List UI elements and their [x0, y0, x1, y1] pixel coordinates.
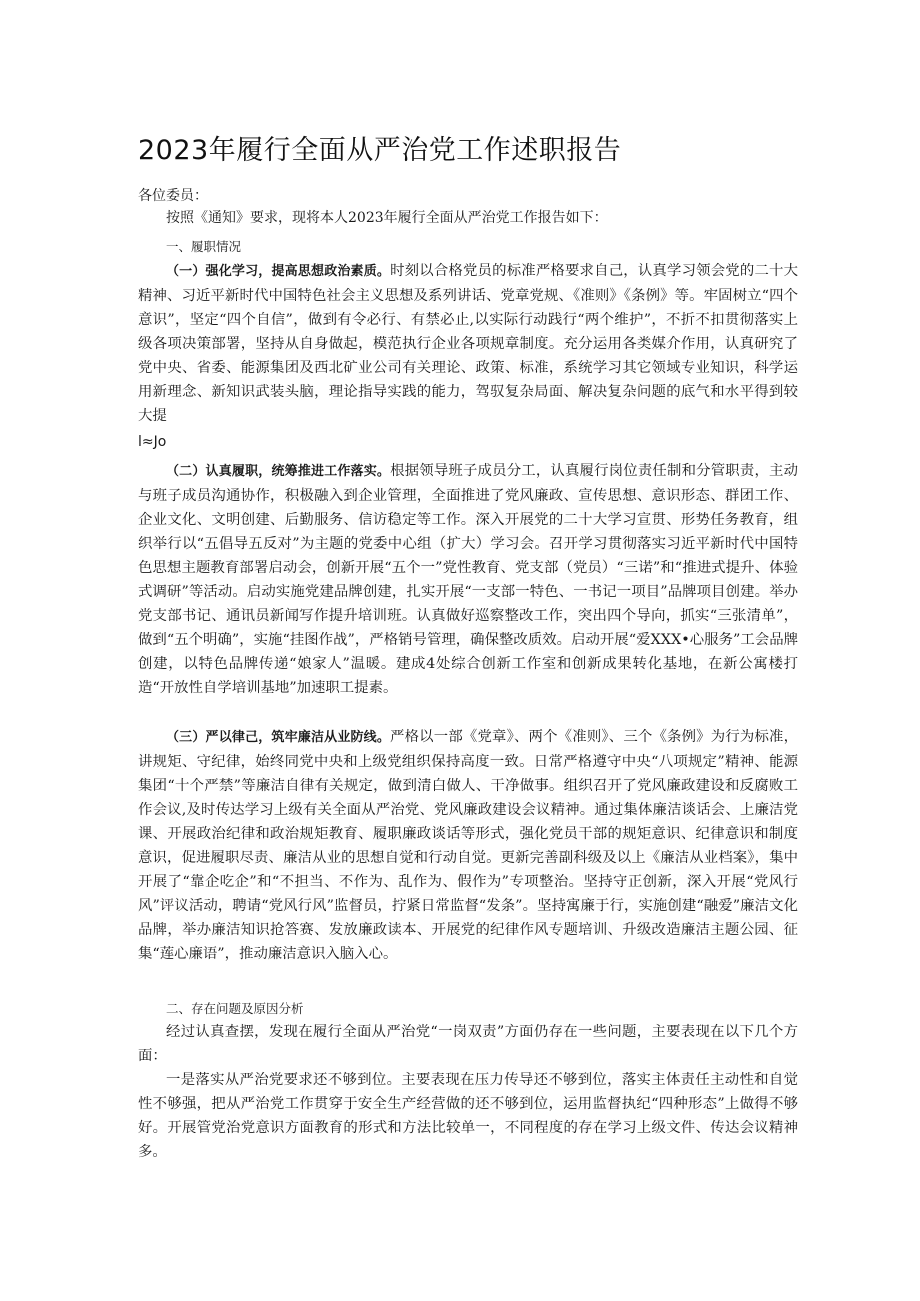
- paragraph-text: 时刻以合格党员的标准严格要求自己，认真学习领会党的二十大精神、习近平新时代中国特…: [138, 263, 798, 424]
- document-title: 2023年履行全面从严治党工作述职报告: [138, 128, 621, 167]
- salutation: 各位委员：: [138, 186, 208, 206]
- paragraph-duty: （二）认真履职，统筹推进工作落实。根据领导班子成员分工，认真履行岗位责任制和分管…: [138, 459, 798, 700]
- paragraph-text: 一是落实从严治党要求还不够到位。主要表现在压力传导还不够到位，落实主体责任主动性…: [138, 1072, 798, 1160]
- section-heading-1: 一、履职情况: [166, 238, 241, 256]
- paragraph-problems-intro: 经过认真查摆，发现在履行全面从严治党“一岗双责”方面仍存在一些问题，主要表现在以…: [138, 1020, 798, 1068]
- paragraph-lead: （三）严以律己，筑牢廉洁从业防线。: [166, 730, 390, 745]
- paragraph-study: （一）强化学习，提高思想政治素质。时刻以合格党员的标准严格要求自己，认真学习领会…: [138, 259, 798, 428]
- paragraph-lead: （一）强化学习，提高思想政治素质。: [166, 264, 390, 279]
- paragraph-text: 根据领导班子成员分工，认真履行岗位责任制和分管职责，主动与班子成员沟通协作，积极…: [138, 463, 798, 696]
- intro-paragraph: 按照《通知》要求，现将本人2023年履行全面从严治党工作报告如下：: [138, 208, 798, 228]
- paragraph-text: 经过认真查摆，发现在履行全面从严治党“一岗双责”方面仍存在一些问题，主要表现在以…: [138, 1024, 798, 1064]
- paragraph-integrity: （三）严以律己，筑牢廉洁从业防线。严格以一部《党章》、两个《准则》、三个《条例》…: [138, 725, 798, 966]
- paragraph-text: 严格以一部《党章》、两个《准则》、三个《条例》为行为标准，讲规矩、守纪律，始终同…: [138, 729, 798, 962]
- section-heading-2: 二、存在问题及原因分析: [166, 1000, 304, 1018]
- ocr-fragment: l≈Jo: [138, 434, 166, 450]
- paragraph-lead: （二）认真履职，统筹推进工作落实。: [166, 464, 390, 479]
- paragraph-problem-1: 一是落实从严治党要求还不够到位。主要表现在压力传导还不够到位，落实主体责任主动性…: [138, 1068, 798, 1164]
